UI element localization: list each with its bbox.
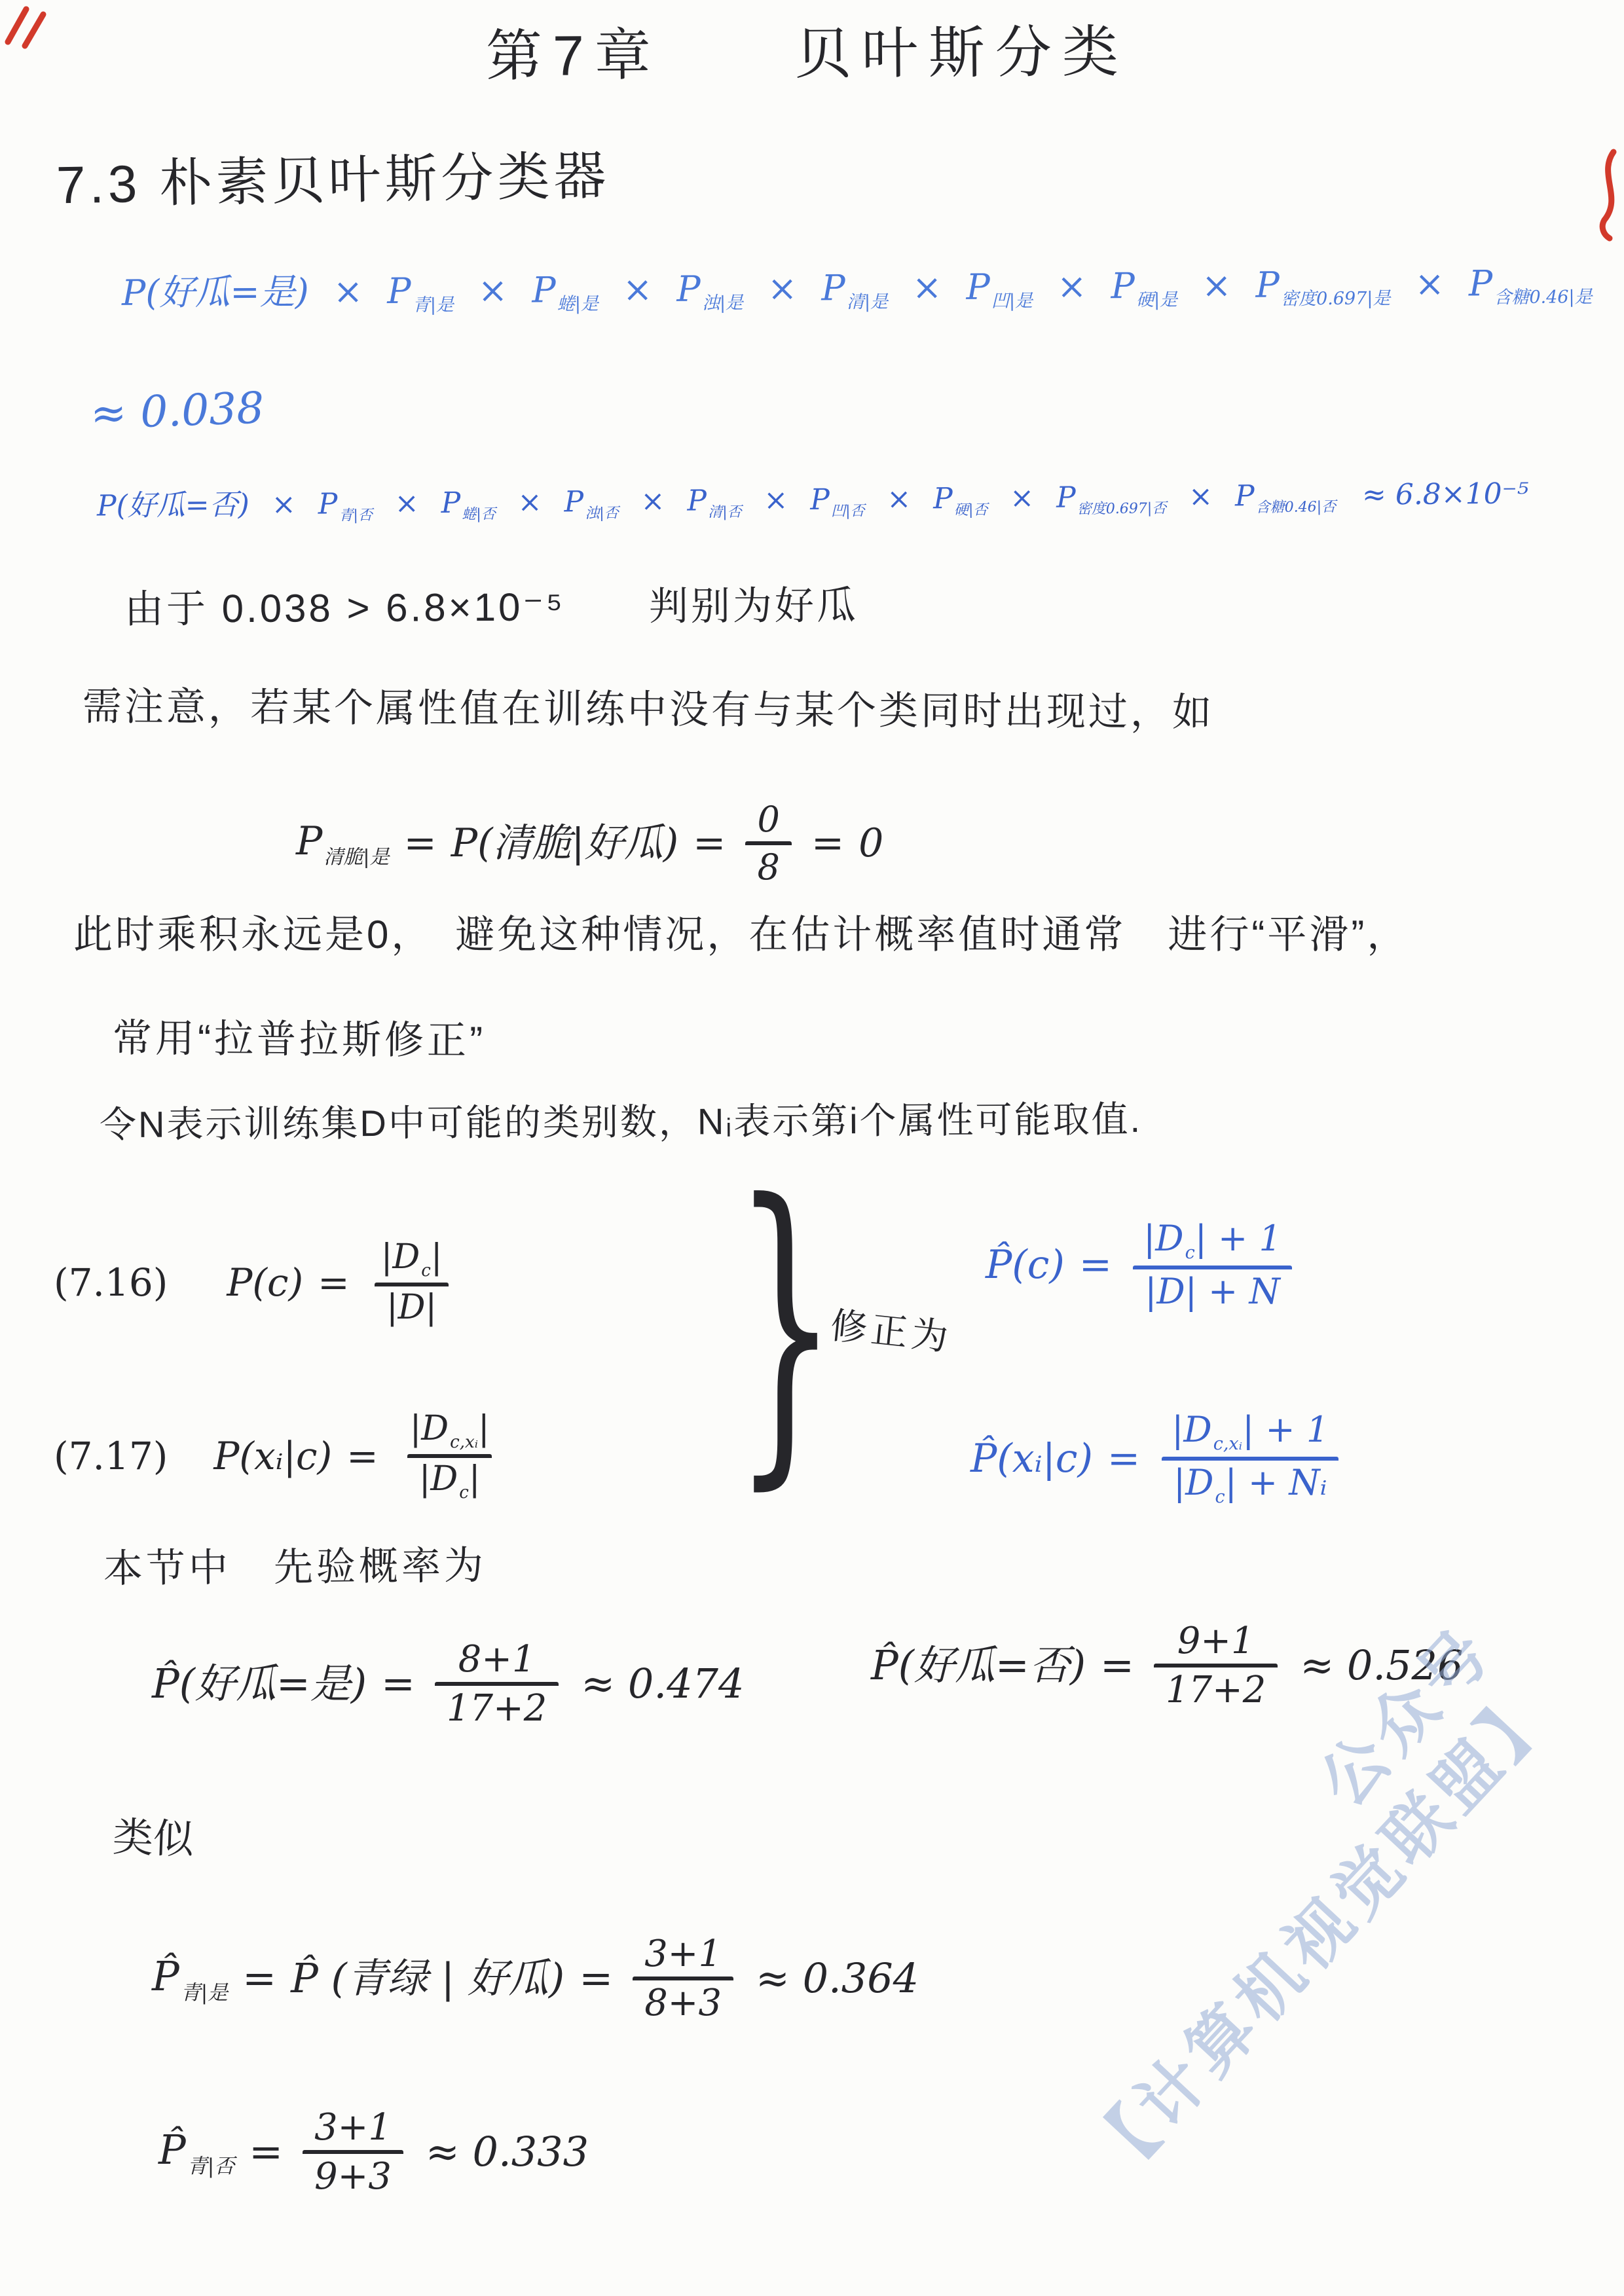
prior-label: 本节中 先验概率为	[103, 1542, 487, 1592]
prob-term: P硬|是	[1111, 265, 1177, 307]
prob-term: P含糖0.46|是	[1469, 262, 1593, 304]
prob-term: P浊|否	[564, 485, 618, 519]
prob-term: P含糖0.46|否	[1235, 479, 1336, 513]
prob-term: P密度0.697|是	[1255, 263, 1390, 305]
formula-product-no: P(好瓜=否) × P青|否 × P蜷|否 × P浊|否 × P清|否 × P凹…	[97, 477, 1529, 526]
prob-term: P清|否	[687, 484, 741, 518]
note-laplace: 常用“拉普拉斯修正”	[113, 1015, 486, 1065]
fraction: |Dc| |D|	[369, 1236, 454, 1330]
prob-term: P硬|否	[933, 482, 987, 516]
prob-term: P浊|是	[676, 268, 743, 310]
prob-term: P凹|是	[966, 266, 1033, 308]
red-scan-mark-right-edge	[1594, 149, 1624, 241]
note-class-count: 令N表示训练集D中可能的类别数，Nᵢ表示第i个属性可能取值.	[100, 1097, 1142, 1147]
approx-value: ≈ 0.474	[581, 1660, 744, 1708]
zero-value: 0	[858, 820, 883, 867]
lhs: P̂(好瓜=是)	[152, 1660, 367, 1708]
page-title: 第7章 贝叶斯分类	[486, 19, 1130, 91]
prob-term: P蜷|是	[532, 269, 599, 311]
curly-brace: }	[733, 1171, 838, 1482]
fraction: 0 8	[745, 797, 791, 890]
formula-716: (7.16) P(c) = |Dc| |D|	[54, 1236, 459, 1330]
fraction: 8+1 17+2	[435, 1637, 559, 1732]
note-smoothing: 此时乘积永远是0， 避免这种情况，在估计概率值时通常 进行“平滑”，	[73, 911, 1409, 958]
formula-zero-probability: P清脆|是 = P(清脆|好瓜) = 0 8 = 0	[296, 797, 883, 890]
prob-term: P清|是	[821, 267, 888, 309]
prob-term: P̂青|是	[152, 1952, 228, 2005]
fraction: |Dc,xᵢ| + 1 |Dc| + Nᵢ	[1160, 1408, 1340, 1510]
approx-result-yes: ≈ 0.038	[90, 382, 265, 439]
lhs: P(c)	[227, 1260, 303, 1306]
lhs: P(xᵢ|c)	[213, 1434, 332, 1480]
prob-term: P蜷|否	[441, 486, 495, 520]
formula-717: (7.17) P(xᵢ|c) = |Dc,xᵢ| |Dc|	[54, 1408, 507, 1505]
fraction: 3+1 8+3	[633, 1931, 733, 2026]
formula-cond-no: P̂青|否 = 3+1 9+3 ≈ 0.333	[158, 2105, 589, 2200]
formula-product-yes: P(好瓜=是) × P青|是 × P蜷|是 × P浊|是 × P清|是 × P凹…	[122, 262, 1593, 318]
prob-term: P青|否	[318, 487, 372, 521]
amend-label: 修正为	[828, 1303, 954, 1359]
lhs: P̂(好瓜=否)	[871, 1641, 1086, 1690]
prob-term: P凹|否	[810, 483, 864, 517]
prob-term: P青|是	[387, 270, 454, 312]
prob-term: P清脆|是	[296, 818, 389, 869]
lhs: P̂(xᵢ|c)	[970, 1435, 1093, 1482]
handwritten-notes-page: 第7章 贝叶斯分类 7.3 朴素贝叶斯分类器 P(好瓜=是) × P青|是 × …	[0, 0, 1624, 2296]
fraction: 3+1 9+3	[303, 2105, 403, 2200]
note-attribute-missing: 需注意，若某个属性值在训练中没有与某个类同时出现过，如	[83, 683, 1214, 736]
prob-term: P密度0.697|否	[1056, 480, 1166, 514]
formula-cond-yes: P̂青|是 = P̂ (青绿 | 好瓜) = 3+1 8+3 ≈ 0.364	[152, 1931, 919, 2026]
fraction: |Dc| + 1 |D| + N	[1132, 1216, 1293, 1313]
watermark-line2: 【计算机视觉联盟】	[1029, 1666, 1574, 2242]
similar-label: 类似	[112, 1813, 195, 1865]
lhs: P̂(c)	[986, 1241, 1065, 1288]
section-heading: 7.3 朴素贝叶斯分类器	[56, 145, 610, 217]
approx-result-no: ≈ 6.8×10⁻⁵	[1362, 477, 1529, 511]
formula-prior-yes: P̂(好瓜=是) = 8+1 17+2 ≈ 0.474	[152, 1637, 744, 1732]
conclusion-line: 由于 0.038 > 6.8×10⁻⁵ 判别为好瓜	[124, 582, 858, 633]
approx-value: ≈ 0.333	[426, 2128, 589, 2176]
prob-expanded: P̂ (青绿 | 好瓜)	[291, 1954, 564, 2003]
prob-head-yes: P(好瓜=是)	[122, 271, 309, 314]
formula-717-corrected: P̂(xᵢ|c) = |Dc,xᵢ| + 1 |Dc| + Nᵢ	[970, 1408, 1346, 1510]
fraction: 9+1 17+2	[1154, 1618, 1278, 1713]
approx-value: ≈ 0.364	[756, 1954, 919, 2003]
fraction: |Dc,xᵢ| |Dc|	[398, 1408, 502, 1505]
equation-number: (7.16)	[54, 1260, 168, 1306]
red-scan-mark-top-left	[3, 4, 55, 56]
formula-716-corrected: P̂(c) = |Dc| + 1 |D| + N	[986, 1216, 1299, 1313]
prob-expanded: P(清脆|好瓜)	[451, 820, 678, 867]
equation-number: (7.17)	[54, 1434, 168, 1480]
prob-head-no: P(好瓜=否)	[97, 488, 249, 523]
prob-term: P̂青|否	[158, 2126, 234, 2179]
